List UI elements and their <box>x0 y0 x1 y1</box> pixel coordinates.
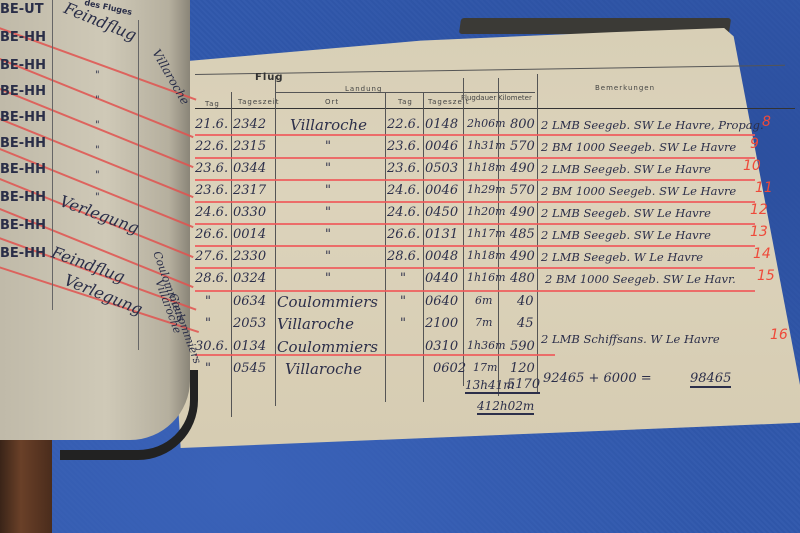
start-time: 0634 <box>233 294 266 309</box>
header-flugdauer: Flugdauer <box>461 94 496 102</box>
kilometers: 120 <box>510 361 535 376</box>
landing-place: Villaroche <box>285 360 362 378</box>
flight-duration: 1h31m <box>467 139 506 152</box>
aircraft-code: BE-HH <box>0 218 46 233</box>
remark: 2 LMB Seegeb. SW Le Havre <box>541 206 711 220</box>
landing-time: 0450 <box>425 205 458 220</box>
start-date: 22.6. <box>195 139 228 154</box>
landing-date: 23.6. <box>387 161 420 176</box>
landing-place: " <box>325 249 331 264</box>
aircraft-code: BE-HH <box>0 58 46 73</box>
landing-time: 0640 <box>425 294 458 309</box>
kilometers: 40 <box>517 294 534 309</box>
landing-date: 24.6. <box>387 205 420 220</box>
header-bemerkungen: Bemerkungen <box>595 84 655 92</box>
start-time: 2342 <box>233 117 266 132</box>
flight-duration: 1h36m <box>467 339 506 352</box>
start-time: 0545 <box>233 361 266 376</box>
remark: 2 LMB Seegeb. SW Le Havre <box>541 162 711 176</box>
sortie-number: 12 <box>750 202 768 218</box>
aircraft-code: BE-HH <box>0 84 46 99</box>
landing-place: Coulommiers <box>277 338 378 356</box>
flight-duration: 17m <box>473 361 497 374</box>
flight-duration: 6m <box>475 294 492 307</box>
aircraft-code: BE-HH <box>0 190 46 205</box>
start-time: 0324 <box>233 271 266 286</box>
kilometers: 490 <box>510 161 535 176</box>
header-start-tag: Tag <box>205 100 220 108</box>
header-landung: Landung <box>345 85 382 93</box>
flight-duration: 1h18m <box>467 249 506 262</box>
aircraft-code: BE-HH <box>0 30 46 45</box>
landing-date: " <box>400 271 406 286</box>
landing-time: 0503 <box>425 161 458 176</box>
landing-place: Coulommiers <box>277 293 378 311</box>
sortie-number: 16 <box>770 327 788 343</box>
aircraft-code: BE-HH <box>0 110 46 125</box>
landing-place: Villaroche <box>277 315 354 333</box>
flight-type: " <box>95 192 100 203</box>
sortie-number: 13 <box>750 224 768 240</box>
aircraft-code: BE-UT <box>0 2 44 17</box>
start-date: 23.6. <box>195 161 228 176</box>
start-time: 0344 <box>233 161 266 176</box>
landing-time: 0310 <box>425 339 458 354</box>
flight-duration: 1h20m <box>467 205 506 218</box>
start-time: 2317 <box>233 183 266 198</box>
red-rule <box>195 201 755 203</box>
landing-date: " <box>400 294 406 309</box>
landing-time: 0602 <box>433 361 466 376</box>
aircraft-code: BE-HH <box>0 136 46 151</box>
landing-time: 0048 <box>425 249 458 264</box>
sortie-number: 11 <box>755 180 773 196</box>
landing-time: 0046 <box>425 139 458 154</box>
start-date: 21.6. <box>195 117 228 132</box>
sortie-number: 10 <box>743 158 761 174</box>
start-date: 28.6. <box>195 271 228 286</box>
remark: 2 BM 1000 Seegeb. SW Le Havr. <box>545 272 736 286</box>
kilometers: 800 <box>510 117 535 132</box>
aircraft-code: BE-HH <box>0 246 46 261</box>
start-date: " <box>205 361 211 376</box>
kilometers: 485 <box>510 227 535 242</box>
flight-duration: 2h06m <box>467 117 506 130</box>
red-rule <box>195 157 755 159</box>
flight-type: " <box>95 95 100 106</box>
landing-place: " <box>325 139 331 154</box>
red-rule <box>195 290 755 292</box>
landing-time: 0440 <box>425 271 458 286</box>
header-start-tageszeit: Tageszeit <box>238 98 279 106</box>
col-divider <box>537 74 538 394</box>
col-divider <box>275 76 276 406</box>
kilometers: 490 <box>510 205 535 220</box>
start-time: 2053 <box>233 316 266 331</box>
flight-duration: 1h17m <box>467 227 506 240</box>
remark: 2 LMB Seegeb. SW Le Havre, Propag. <box>541 118 764 132</box>
start-date: " <box>205 316 211 331</box>
start-date: 27.6. <box>195 249 228 264</box>
landing-date: 22.6. <box>387 117 420 132</box>
left-col-divider <box>52 0 53 310</box>
sortie-number: 15 <box>757 268 775 284</box>
start-time: 2315 <box>233 139 266 154</box>
landing-time: 0148 <box>425 117 458 132</box>
red-rule <box>195 179 755 181</box>
landing-date: " <box>400 316 406 331</box>
landing-date: 26.6. <box>387 227 420 242</box>
landing-place: " <box>325 183 331 198</box>
header-rule <box>275 92 535 93</box>
sortie-number: 8 <box>762 114 771 130</box>
start-date: " <box>205 294 211 309</box>
kilometers: 480 <box>510 271 535 286</box>
flight-type: " <box>95 145 100 156</box>
landing-date: 23.6. <box>387 139 420 154</box>
remark: 2 BM 1000 Seegeb. SW Le Havre <box>541 184 736 198</box>
start-date: 24.6. <box>195 205 228 220</box>
header-flug: Flug <box>255 72 284 83</box>
flight-duration: 1h18m <box>467 161 506 174</box>
flight-duration: 1h16m <box>467 271 506 284</box>
landing-date: 28.6. <box>387 249 420 264</box>
remark: 2 BM 1000 Seegeb. SW Le Havre <box>541 140 736 154</box>
landing-time: 2100 <box>425 316 458 331</box>
landing-place: Villaroche <box>290 116 367 134</box>
kilometers: 590 <box>510 339 535 354</box>
header-bottom-rule <box>195 108 795 109</box>
header-landung-ort: Ort <box>325 98 339 106</box>
start-time: 0134 <box>233 339 266 354</box>
sortie-number: 14 <box>753 246 771 262</box>
start-date: 26.6. <box>195 227 228 242</box>
flight-type: " <box>95 70 100 81</box>
start-time: 0014 <box>233 227 266 242</box>
red-rule <box>195 223 755 225</box>
landing-date: 24.6. <box>387 183 420 198</box>
remark: 2 LMB Seegeb. SW Le Havre <box>541 228 711 242</box>
landing-place: " <box>325 205 331 220</box>
kilometers: 570 <box>510 139 535 154</box>
flight-type: " <box>95 170 100 181</box>
red-rule <box>195 245 755 247</box>
kilometer-calculation: 92465 + 6000 = <box>543 371 652 386</box>
kilometers: 570 <box>510 183 535 198</box>
kilometers: 45 <box>517 316 534 331</box>
landing-place: " <box>325 227 331 242</box>
header-kilometer: Kilometer <box>498 94 532 102</box>
kilometers: 490 <box>510 249 535 264</box>
header-landung-tag: Tag <box>398 98 413 106</box>
aircraft-code: BE-HH <box>0 162 46 177</box>
flight-type: " <box>95 120 100 131</box>
remark: 2 LMB Seegeb. W Le Havre <box>541 250 703 264</box>
landing-place: " <box>325 161 331 176</box>
landing-place: " <box>325 271 331 286</box>
duration-grand-total: 412h02m <box>477 399 534 415</box>
total-kilometers: 5170 <box>507 377 540 394</box>
start-time: 2330 <box>233 249 266 264</box>
col-divider <box>463 78 464 386</box>
start-time: 0330 <box>233 205 266 220</box>
remark: 2 LMB Schiffsans. W Le Havre <box>541 332 720 346</box>
landing-time: 0046 <box>425 183 458 198</box>
start-date: 23.6. <box>195 183 228 198</box>
landing-time: 0131 <box>425 227 458 242</box>
red-rule <box>195 267 755 269</box>
col-divider <box>231 92 232 417</box>
flight-duration: 1h29m <box>467 183 506 196</box>
kilometer-grand-total: 98465 <box>690 371 731 388</box>
red-rule <box>195 134 755 136</box>
sortie-number: 9 <box>750 136 759 152</box>
flight-duration: 7m <box>475 316 492 329</box>
